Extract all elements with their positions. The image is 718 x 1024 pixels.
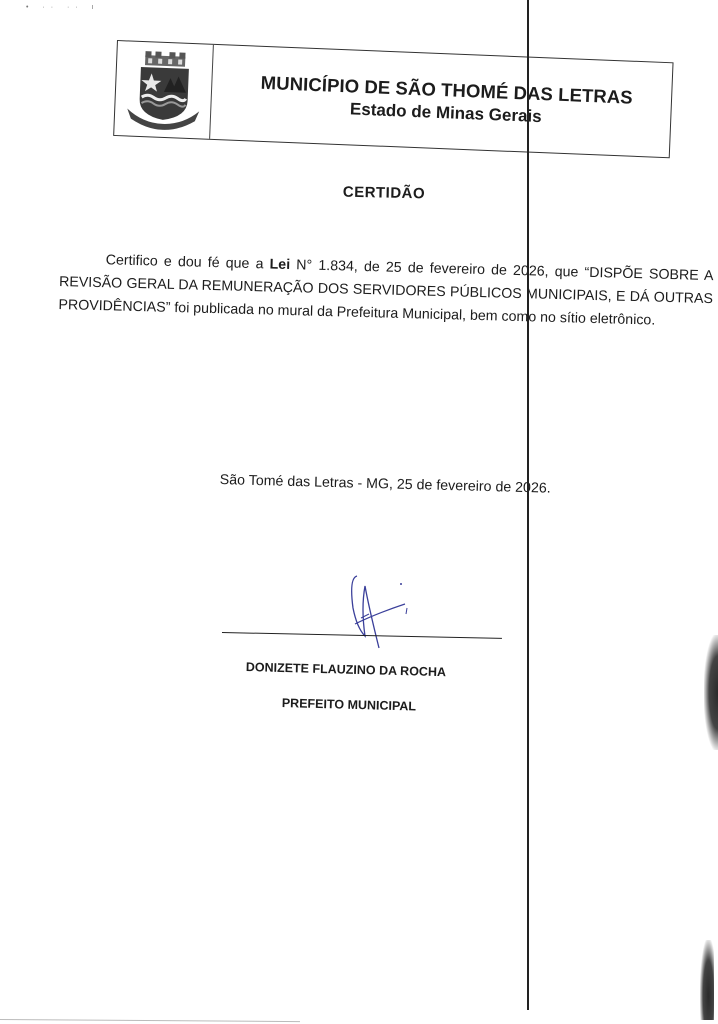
- letterhead-titles: MUNICÍPIO DE SÃO THOMÉ DAS LETRAS Estado…: [210, 45, 672, 157]
- scan-artifact-smudge: [704, 635, 718, 750]
- scan-artifact-smudge: [700, 940, 714, 1020]
- lei-label: Lei: [269, 256, 290, 273]
- signer-name: DONIZETE FLAUZINO DA ROCHA: [246, 660, 447, 679]
- letterhead: MUNICÍPIO DE SÃO THOMÉ DAS LETRAS Estado…: [113, 40, 673, 158]
- scan-artifact-bottom-edge: [0, 1019, 300, 1022]
- certificate-paragraph: Certifico e dou fé que a Lei N° 1.834, d…: [58, 248, 714, 334]
- place-and-date: São Tomé das Letras - MG, 25 de fevereir…: [220, 472, 551, 497]
- certificate-body: Certifico e dou fé que a Lei N° 1.834, d…: [58, 248, 714, 334]
- scan-artifact-vertical-line: [527, 0, 529, 1010]
- coat-of-arms-icon: [122, 48, 205, 131]
- handwritten-signature-icon: [335, 568, 425, 658]
- document-title: CERTIDÃO: [0, 176, 718, 208]
- crest-cell: [114, 41, 214, 139]
- body-intro: Certifico e dou fé que a: [105, 252, 269, 272]
- scan-corner-marks: • ·· ·· ı: [26, 4, 100, 11]
- document-page: • ·· ·· ı: [0, 0, 718, 1024]
- signer-role: PREFEITO MUNICIPAL: [282, 696, 417, 714]
